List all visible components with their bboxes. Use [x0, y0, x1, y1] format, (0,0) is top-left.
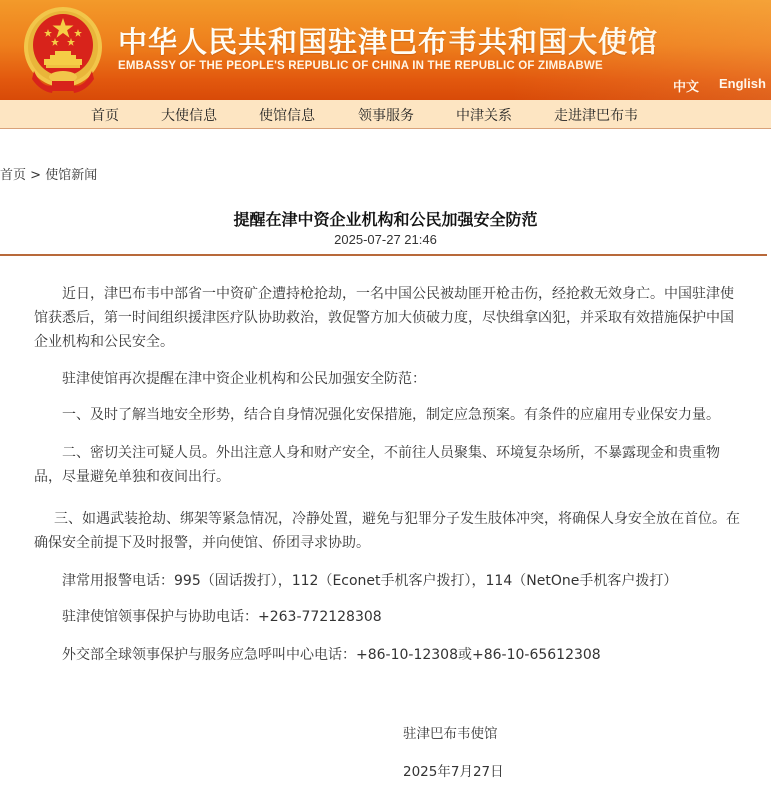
- article-paragraph: 驻津使馆再次提醒在津中资企业机构和公民加强安全防范：: [34, 367, 742, 391]
- article-paragraph: 二、密切关注可疑人员。外出注意人身和财产安全，不前往人员聚集、环境复杂场所，不暴…: [34, 441, 742, 489]
- paragraph-advice-3: 三、如遇武装抢劫、绑架等紧急情况，冷静处置，避免与犯罪分子发生肢体冲突，将确保人…: [34, 507, 742, 555]
- article-date: 2025-07-27 21:46: [0, 232, 771, 247]
- paragraph-embassy-hotline: 驻津使馆领事保护与协助电话：+263-772128308: [34, 605, 742, 629]
- nav-item-home[interactable]: 首页: [91, 105, 119, 125]
- main-nav: 首页 大使信息 使馆信息 领事服务 中津关系 走进津巴布韦: [0, 100, 771, 129]
- embassy-title-english: EMBASSY OF THE PEOPLE'S REPUBLIC OF CHIN…: [118, 60, 603, 72]
- article-paragraph: 外交部全球领事保护与服务应急呼叫中心电话：+86-10-12308或+86-10…: [34, 643, 742, 667]
- article-paragraph: 津常用报警电话：995（固话拨打），112（Econet手机客户拨打），114（…: [34, 569, 742, 593]
- language-english-link[interactable]: English: [719, 76, 766, 91]
- breadcrumb-home-link[interactable]: 首页: [0, 168, 26, 183]
- article-paragraph: 近日，津巴布韦中部省一中资矿企遭持枪抢劫，一名中国公民被劫匪开枪击伤，经抢救无效…: [34, 282, 742, 354]
- paragraph-advice-2: 二、密切关注可疑人员。外出注意人身和财产安全，不前往人员聚集、环境复杂场所，不暴…: [34, 441, 742, 489]
- nav-item-china-zimbabwe-relations[interactable]: 中津关系: [456, 105, 512, 125]
- breadcrumb: 首页 > 使馆新闻: [0, 164, 97, 183]
- article-signature-date: 2025年7月27日: [403, 760, 504, 780]
- paragraph-local-emergency-numbers: 津常用报警电话：995（固话拨打），112（Econet手机客户拨打），114（…: [34, 569, 742, 593]
- article-paragraph: 驻津使馆领事保护与协助电话：+263-772128308: [34, 605, 742, 629]
- nav-item-ambassador[interactable]: 大使信息: [161, 105, 217, 125]
- title-divider: [0, 254, 767, 256]
- embassy-title-chinese: 中华人民共和国驻津巴布韦共和国大使馆: [118, 20, 658, 61]
- article-title: 提醒在津中资企业机构和公民加强安全防范: [0, 207, 771, 230]
- language-chinese-link[interactable]: 中文: [673, 76, 699, 95]
- article-signature: 驻津巴布韦使馆: [403, 722, 498, 742]
- national-emblem-icon[interactable]: [22, 5, 104, 95]
- article-paragraph: 一、及时了解当地安全形势，结合自身情况强化安保措施，制定应急预案。有条件的应雇用…: [34, 403, 742, 427]
- nav-item-about-zimbabwe[interactable]: 走进津巴布韦: [554, 105, 638, 125]
- paragraph-mfa-hotline: 外交部全球领事保护与服务应急呼叫中心电话：+86-10-12308或+86-10…: [34, 643, 742, 667]
- site-header: 中华人民共和国驻津巴布韦共和国大使馆 EMBASSY OF THE PEOPLE…: [0, 0, 771, 100]
- paragraph-incident: 近日，津巴布韦中部省一中资矿企遭持枪抢劫，一名中国公民被劫匪开枪击伤，经抢救无效…: [34, 282, 742, 354]
- breadcrumb-current-link[interactable]: 使馆新闻: [45, 168, 97, 183]
- nav-item-consular-services[interactable]: 领事服务: [358, 105, 414, 125]
- paragraph-reminder-intro: 驻津使馆再次提醒在津中资企业机构和公民加强安全防范：: [34, 367, 742, 391]
- nav-item-embassy-info[interactable]: 使馆信息: [259, 105, 315, 125]
- paragraph-advice-1: 一、及时了解当地安全形势，结合自身情况强化安保措施，制定应急预案。有条件的应雇用…: [34, 403, 742, 427]
- article-paragraph: 三、如遇武装抢劫、绑架等紧急情况，冷静处置，避免与犯罪分子发生肢体冲突，将确保人…: [34, 507, 742, 555]
- breadcrumb-separator: >: [26, 168, 45, 183]
